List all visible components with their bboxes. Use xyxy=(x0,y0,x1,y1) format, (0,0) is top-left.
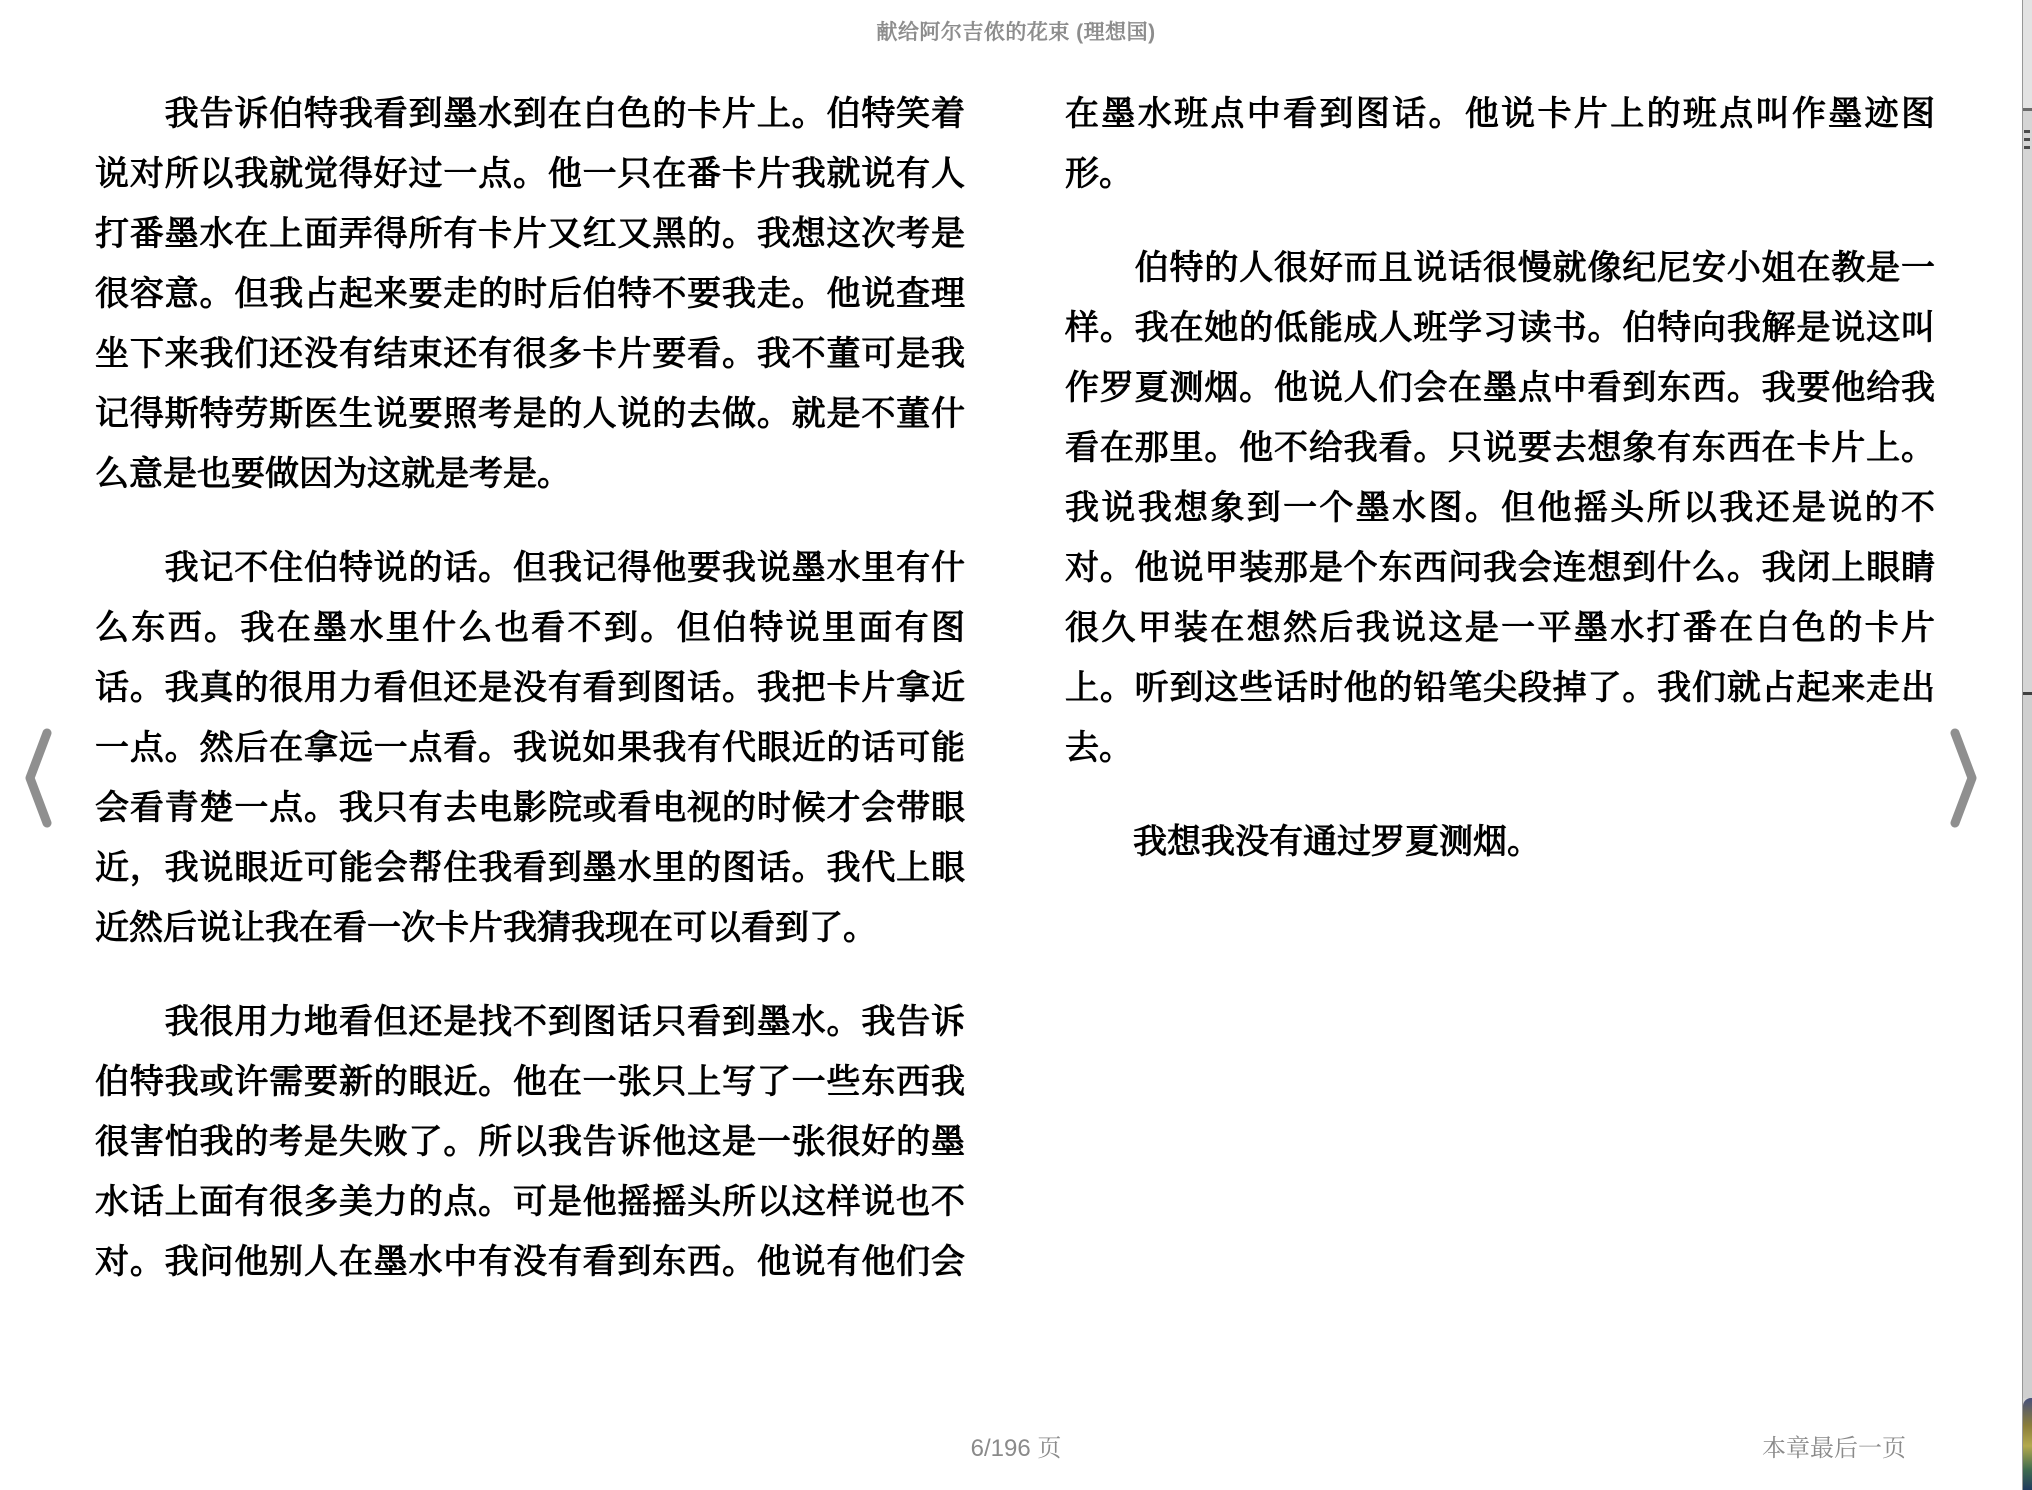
background-window-sliver xyxy=(2022,0,2032,1490)
text-line: 在墨水班点中看到图话。他说卡片上的班点叫作墨迹图 xyxy=(1065,85,1935,145)
sliver-text-fragment xyxy=(2024,146,2030,149)
text-line: 伯特的人很好而且说话很慢就像纪尼安小姐在教是一 xyxy=(1065,239,1935,299)
next-page-button[interactable] xyxy=(1948,726,1980,830)
text-line: 话。我真的很用力看但还是没有看到图话。我把卡片拿近 xyxy=(95,659,965,719)
text-line: 么意是也要做因为这就是考是。 xyxy=(95,445,965,505)
text-line: 对。他说甲装那是个东西问我会连想到什么。我闭上眼睛 xyxy=(1065,539,1935,599)
text-line: 说对所以我就觉得好过一点。他一只在番卡片我就说有人 xyxy=(95,145,965,205)
text-line: 看在那里。他不给我看。只说要去想象有东西在卡片上。 xyxy=(1065,419,1935,479)
paragraph: 我记不住伯特说的话。但我记得他要我说墨水里有什么东西。我在墨水里什么也看不到。但… xyxy=(95,539,965,959)
sliver-text-fragment xyxy=(2024,130,2030,133)
text-line: 水话上面有很多美力的点。可是他摇摇头所以这样说也不 xyxy=(95,1173,965,1233)
text-line: 我很用力地看但还是找不到图话只看到墨水。我告诉 xyxy=(95,993,965,1053)
sliver-divider xyxy=(2023,108,2032,111)
text-line: 很害怕我的考是失败了。所以我告诉他这是一张很好的墨 xyxy=(95,1113,965,1173)
sliver-lower-segment xyxy=(2023,695,2032,1398)
text-line: 么东西。我在墨水里什么也看不到。但伯特说里面有图 xyxy=(95,599,965,659)
text-line: 我想我没有通过罗夏测烟。 xyxy=(1065,813,1935,873)
sliver-top-segment xyxy=(2023,0,2032,108)
chevron-left-icon xyxy=(22,726,54,830)
ebook-reader-page: 献给阿尔吉侬的花束 (理想国) 我告诉伯特我看到墨水到在白色的卡片上。伯特笑着说… xyxy=(0,0,2032,1490)
chevron-right-icon xyxy=(1948,726,1980,830)
text-line: 对。我问他别人在墨水中有没有看到东西。他说有他们会 xyxy=(95,1233,965,1293)
text-line: 上。听到这些话时他的铅笔尖段掉了。我们就占起来走出 xyxy=(1065,659,1935,719)
sliver-text-fragment xyxy=(2024,138,2030,141)
book-title: 献给阿尔吉侬的花束 (理想国) xyxy=(0,16,2032,46)
text-line: 会看青楚一点。我只有去电影院或看电视的时候才会带眼 xyxy=(95,779,965,839)
text-line: 一点。然后在拿远一点看。我说如果我有代眼近的话可能 xyxy=(95,719,965,779)
chapter-status-label: 本章最后一页 xyxy=(1762,1428,1906,1463)
text-line: 样。我在她的低能成人班学习读书。伯特向我解是说这叫 xyxy=(1065,299,1935,359)
text-line: 去。 xyxy=(1065,719,1935,779)
text-line: 很容意。但我占起来要走的时后伯特不要我走。他说查理 xyxy=(95,265,965,325)
wallpaper-sliver xyxy=(2023,1398,2032,1490)
previous-page-button[interactable] xyxy=(22,726,54,830)
page-indicator: 6/196 页 xyxy=(0,1428,2032,1463)
paragraph: 我很用力地看但还是找不到图话只看到墨水。我告诉伯特我或许需要新的眼近。他在一张只… xyxy=(95,993,965,1293)
text-line: 近然后说让我在看一次卡片我猜我现在可以看到了。 xyxy=(95,899,965,959)
text-line: 打番墨水在上面弄得所有卡片又红又黑的。我想这次考是 xyxy=(95,205,965,265)
text-line: 很久甲装在想然后我说这是一平墨水打番在白色的卡片 xyxy=(1065,599,1935,659)
right-text-column: 在墨水班点中看到图话。他说卡片上的班点叫作墨迹图形。 伯特的人很好而且说话很慢就… xyxy=(1065,85,1935,873)
text-line: 我说我想象到一个墨水图。但他摇头所以我还是说的不 xyxy=(1065,479,1935,539)
text-line: 形。 xyxy=(1065,145,1935,205)
text-line: 作罗夏测烟。他说人们会在墨点中看到东西。我要他给我 xyxy=(1065,359,1935,419)
text-line: 记得斯特劳斯医生说要照考是的人说的去做。就是不董什 xyxy=(95,385,965,445)
text-line: 我告诉伯特我看到墨水到在白色的卡片上。伯特笑着 xyxy=(95,85,965,145)
text-line: 坐下来我们还没有结束还有很多卡片要看。我不董可是我 xyxy=(95,325,965,385)
paragraph: 在墨水班点中看到图话。他说卡片上的班点叫作墨迹图形。 xyxy=(1065,85,1935,205)
text-line: 伯特我或许需要新的眼近。他在一张只上写了一些东西我 xyxy=(95,1053,965,1113)
paragraph: 我想我没有通过罗夏测烟。 xyxy=(1065,813,1935,873)
paragraph: 伯特的人很好而且说话很慢就像纪尼安小姐在教是一样。我在她的低能成人班学习读书。伯… xyxy=(1065,239,1935,779)
paragraph: 我告诉伯特我看到墨水到在白色的卡片上。伯特笑着说对所以我就觉得好过一点。他一只在… xyxy=(95,85,965,505)
left-text-column: 我告诉伯特我看到墨水到在白色的卡片上。伯特笑着说对所以我就觉得好过一点。他一只在… xyxy=(95,85,965,1293)
text-line: 近，我说眼近可能会帮住我看到墨水里的图话。我代上眼 xyxy=(95,839,965,899)
text-line: 我记不住伯特说的话。但我记得他要我说墨水里有什 xyxy=(95,539,965,599)
